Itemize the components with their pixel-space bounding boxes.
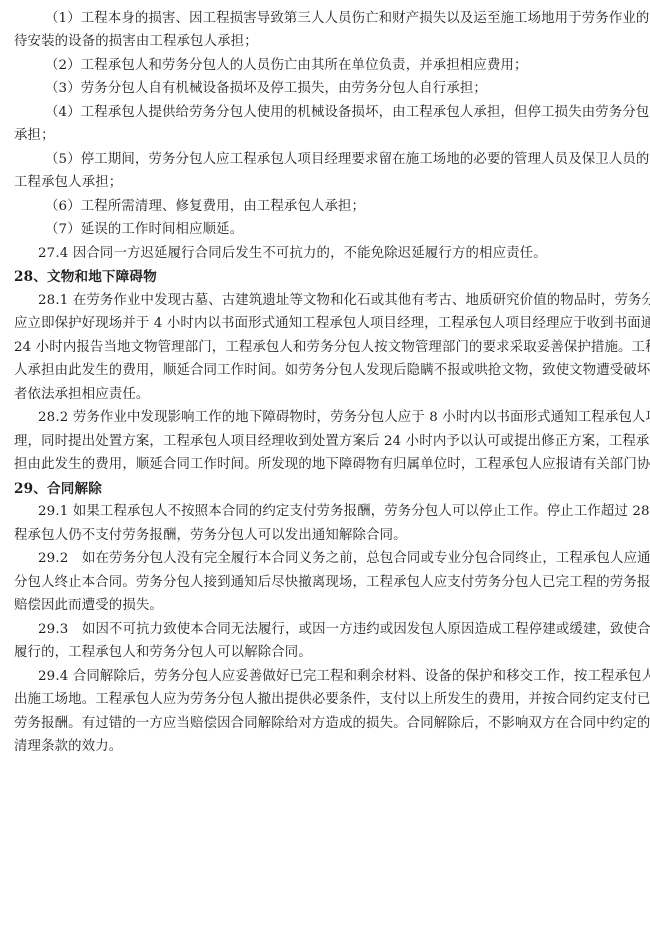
item-5-line-2: 工程承包人承担；	[14, 174, 122, 192]
clause-28-1-line-3: 24 小时内报告当地文物管理部门，工程承包人和劳务分包人按文物管理部门的要求采取…	[14, 339, 624, 357]
clause-29-4-line-1: 29.4 合同解除后，劳务分包人应妥善做好已完工程和剩余材料、设备的保护和移交工…	[38, 668, 624, 686]
item-3: （3）劳务分包人自有机械设备损坏及停工损失，由劳务分包人自行承担；	[45, 80, 487, 98]
clause-27-4: 27.4 因合同一方迟延履行合同后发生不可抗力的，不能免除迟延履行方的相应责任。	[38, 245, 547, 263]
item-7: （7）延误的工作时间相应顺延。	[45, 221, 243, 239]
clause-29-4-line-2: 出施工场地。工程承包人应为劳务分包人撤出提供必要条件，支付以上所发生的费用，并按…	[14, 691, 624, 709]
item-4-line-1: （4）工程承包人提供给劳务分包人使用的机械设备损坏，由工程承包人承担，但停工损失…	[45, 104, 624, 122]
clause-29-4-line-3: 劳务报酬。有过错的一方应当赔偿因合同解除给对方造成的损失。合同解除后，不影响双方…	[14, 715, 624, 733]
clause-29-3-line-1: 29.3 如因不可抗力致使本合同无法履行，或因一方违约或因发包人原因造成工程停建…	[38, 621, 624, 639]
clause-29-4-line-4: 清理条款的效力。	[14, 738, 122, 756]
clause-28-1-line-5: 者依法承担相应责任。	[14, 386, 149, 404]
item-4-line-2: 承担；	[14, 127, 55, 145]
clause-29-3-line-2: 履行的，工程承包人和劳务分包人可以解除合同。	[14, 644, 312, 662]
clause-28-1-line-1: 28.1 在劳务作业中发现古墓、古建筑遗址等文物和化石或其他有考古、地质研究价值…	[38, 292, 624, 310]
clause-29-2-line-3: 赔偿因此而遭受的损失。	[14, 597, 163, 615]
item-6: （6）工程所需清理、修复费用，由工程承包人承担；	[45, 198, 365, 216]
contract-page: （1）工程本身的损害、因工程损害导致第三人人员伤亡和财产损失以及运至施工场地用于…	[0, 0, 650, 925]
clause-29-2-line-1: 29.2 如在劳务分包人没有完全履行本合同义务之前，总包合同或专业分包合同终止，…	[38, 550, 624, 568]
item-1-line-2: 待安装的设备的损害由工程承包人承担；	[14, 33, 258, 51]
clause-28-2-line-2: 理，同时提出处置方案，工程承包人项目经理收到处置方案后 24 小时内予以认可或提…	[14, 433, 624, 451]
item-5-line-1: （5）停工期间，劳务分包人应工程承包人项目经理要求留在施工场地的必要的管理人员及…	[45, 151, 624, 169]
clause-28-1-line-4: 人承担由此发生的费用，顺延合同工作时间。如劳务分包人发现后隐瞒不报或哄抢文物，致…	[14, 362, 624, 380]
clause-29-1-line-1: 29.1 如果工程承包人不按照本合同的约定支付劳务报酬，劳务分包人可以停止工作。…	[38, 503, 624, 521]
clause-29-2-line-2: 分包人终止本合同。劳务分包人接到通知后尽快撤离现场，工程承包人应支付劳务分包人已…	[14, 574, 624, 592]
clause-28-1-line-2: 应立即保护好现场并于 4 小时内以书面形式通知工程承包人项目经理，工程承包人项目…	[14, 315, 624, 333]
clause-28-2-line-1: 28.2 劳务作业中发现影响工作的地下障碍物时，劳务分包人应于 8 小时内以书面…	[38, 409, 624, 427]
section-28-heading: 28、文物和地下障碍物	[14, 268, 157, 286]
item-1-line-1: （1）工程本身的损害、因工程损害导致第三人人员伤亡和财产损失以及运至施工场地用于…	[45, 10, 624, 28]
clause-29-1-line-2: 程承包人仍不支付劳务报酬，劳务分包人可以发出通知解除合同。	[14, 527, 407, 545]
item-2: （2）工程承包人和劳务分包人的人员伤亡由其所在单位负责，并承担相应费用；	[45, 57, 528, 75]
clause-28-2-line-3: 担由此发生的费用，顺延合同工作时间。所发现的地下障碍物有归属单位时，工程承包人应…	[14, 456, 624, 474]
section-29-heading: 29、合同解除	[14, 480, 102, 498]
